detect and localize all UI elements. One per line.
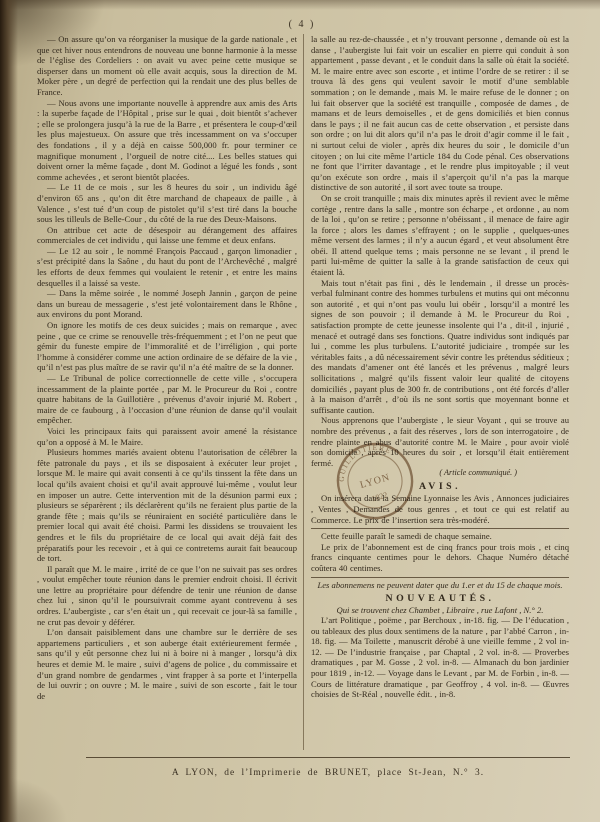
newspaper-page: ( 4 ) — On assure qu’on va réorganiser l…: [0, 0, 600, 822]
nouveautes-subtitle: Qui se trouvent chez Chambet , Libraire …: [311, 605, 569, 615]
text-columns: — On assure qu’on va réorganiser la musi…: [37, 34, 569, 750]
paragraph: la salle au rez-de-chaussée , et n’y tro…: [311, 34, 569, 193]
left-column: — On assure qu’on va réorganiser la musi…: [37, 34, 303, 750]
nouveautes-heading: NOUVEAUTÉS.: [311, 593, 569, 604]
binding-shadow: [0, 0, 18, 822]
right-column: la salle au rez-de-chaussée , et n’y tro…: [303, 34, 569, 750]
right-column-articles: la salle au rez-de-chaussée , et n’y tro…: [311, 34, 569, 468]
paragraph: — On assure qu’on va réorganiser la musi…: [37, 34, 297, 98]
svg-text:LYON: LYON: [359, 472, 392, 491]
subscription-note: Les abonnemens ne peuvent dater que du 1…: [311, 580, 569, 590]
nouveautes-body: L’art Politique , poëme , par Berchoux ,…: [311, 615, 569, 700]
paragraph: On attribue cet acte de désespoir au dér…: [37, 225, 297, 246]
paragraph: On se croit tranquille ; mais dix minute…: [311, 193, 569, 278]
paragraph: L’on dansait paisiblement dans une chamb…: [37, 627, 297, 701]
page-number: ( 4 ): [0, 19, 600, 30]
paragraph: — Le 12 au soir , le nommé François Pacc…: [37, 246, 297, 288]
paragraph: On ignore les motifs de ces deux suicide…: [37, 320, 297, 373]
paragraph: Voici les principaux faits qui paraissen…: [37, 426, 297, 447]
paragraph: Plusieurs hommes mariés avaient obtenu l…: [37, 447, 297, 564]
paragraph: — Le Tribunal de police correctionnelle …: [37, 373, 297, 426]
paragraph: — Le 11 de ce mois , sur les 8 heures du…: [37, 182, 297, 224]
subscription-notice-box: Cette feuille paraît le samedi de chaque…: [311, 528, 569, 577]
notice-line: Cette feuille paraît le samedi de chaque…: [311, 531, 569, 542]
paragraph: — Dans la même soirée , le nommé Joseph …: [37, 288, 297, 320]
paragraph: Il paraît que M. le maire , irrité de ce…: [37, 564, 297, 628]
imprint-footer: A LYON, de l’Imprimerie de BRUNET, place…: [86, 757, 570, 780]
paragraph: — Nous avons une importante nouvelle à a…: [37, 98, 297, 183]
svg-text:1822: 1822: [371, 490, 389, 503]
imprint-text: A LYON, de l’Imprimerie de BRUNET, place…: [172, 768, 484, 778]
paragraph: Mais tout n’était pas fini , dès le lend…: [311, 278, 569, 416]
notice-line: Le prix de l’abonnement est de cinq fran…: [311, 542, 569, 574]
